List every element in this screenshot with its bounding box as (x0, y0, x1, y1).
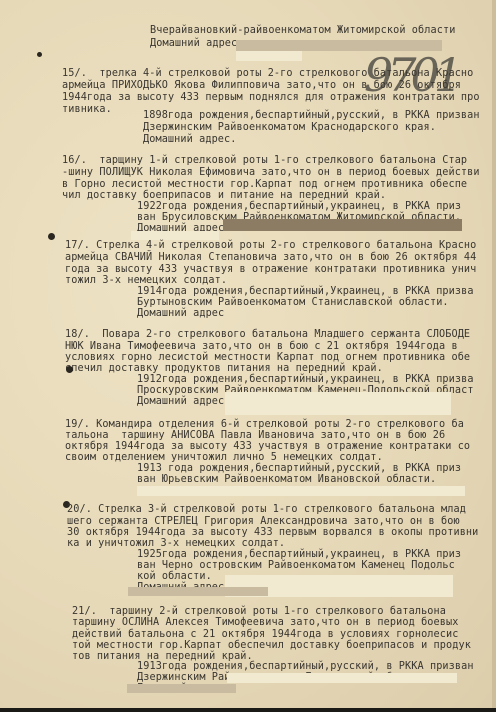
entry-15-line: 1944года за высоту 433 первым поднялся д… (62, 92, 480, 104)
redaction-bar (223, 219, 462, 231)
entry-17-line: армейца СВАЧИЙ Николая Степановича зато,… (65, 252, 476, 264)
redaction-bar (137, 486, 465, 496)
entry-15-detail: Домашний адрес. (143, 134, 237, 146)
entry-17-detail: Домашний адрес (137, 308, 224, 320)
entry-15-line: тивника. (62, 104, 112, 116)
punch-mark (66, 366, 73, 373)
entry-20-line: 20/. Стрелка 3-й стрелковой роты 1-го ст… (67, 504, 466, 516)
redaction-bar (128, 587, 268, 596)
punch-mark (37, 52, 42, 57)
header-line-1: Вчерайвановкий-райвоенкоматом Житомирско… (150, 25, 455, 37)
entry-19-detail: ван Юрьевским Райвоенкоматом Ивановской … (137, 474, 436, 486)
entry-15-line: 15/. трелка 4-й стрелковой роты 2-го стр… (62, 68, 473, 80)
redaction-bar (225, 392, 451, 415)
header-line-2: Домашний адрес (150, 38, 237, 50)
punch-mark (48, 233, 55, 240)
page-edge (492, 0, 496, 708)
entry-18-detail: Домашний адрес: (137, 396, 231, 408)
entry-15-detail: Дзержинским Райвоенкоматом Краснодарског… (143, 122, 436, 134)
redaction-bar (127, 684, 236, 693)
redaction-bar (227, 673, 457, 683)
entry-21-line: таршину ОСЛИНА Алексея Тимофеевича зато,… (72, 617, 458, 629)
entry-17-line: 17/. Стрелка 4-й стрелковой роты 2-го ст… (65, 240, 476, 252)
entry-16-line: 16/. тарщину 1-й стрелковой роты 1-го ст… (62, 155, 467, 167)
redaction-bar (236, 51, 302, 61)
entry-16-line: -шину ПОЛИЩУК Николая Ефимовича зато,что… (62, 167, 480, 179)
entry-15-detail: 1898года рождения,беспартийный,русский, … (143, 110, 480, 122)
document-page: Вчерайвановкий-райвоенкоматом Житомирско… (0, 0, 496, 708)
entry-15-line: армейца ПРИХОДЬКО Якова Филипповича зато… (62, 80, 461, 92)
entry-18-line: 18/. Повара 2-го стрелкового батальона М… (65, 329, 470, 341)
redaction-bar (131, 231, 219, 240)
